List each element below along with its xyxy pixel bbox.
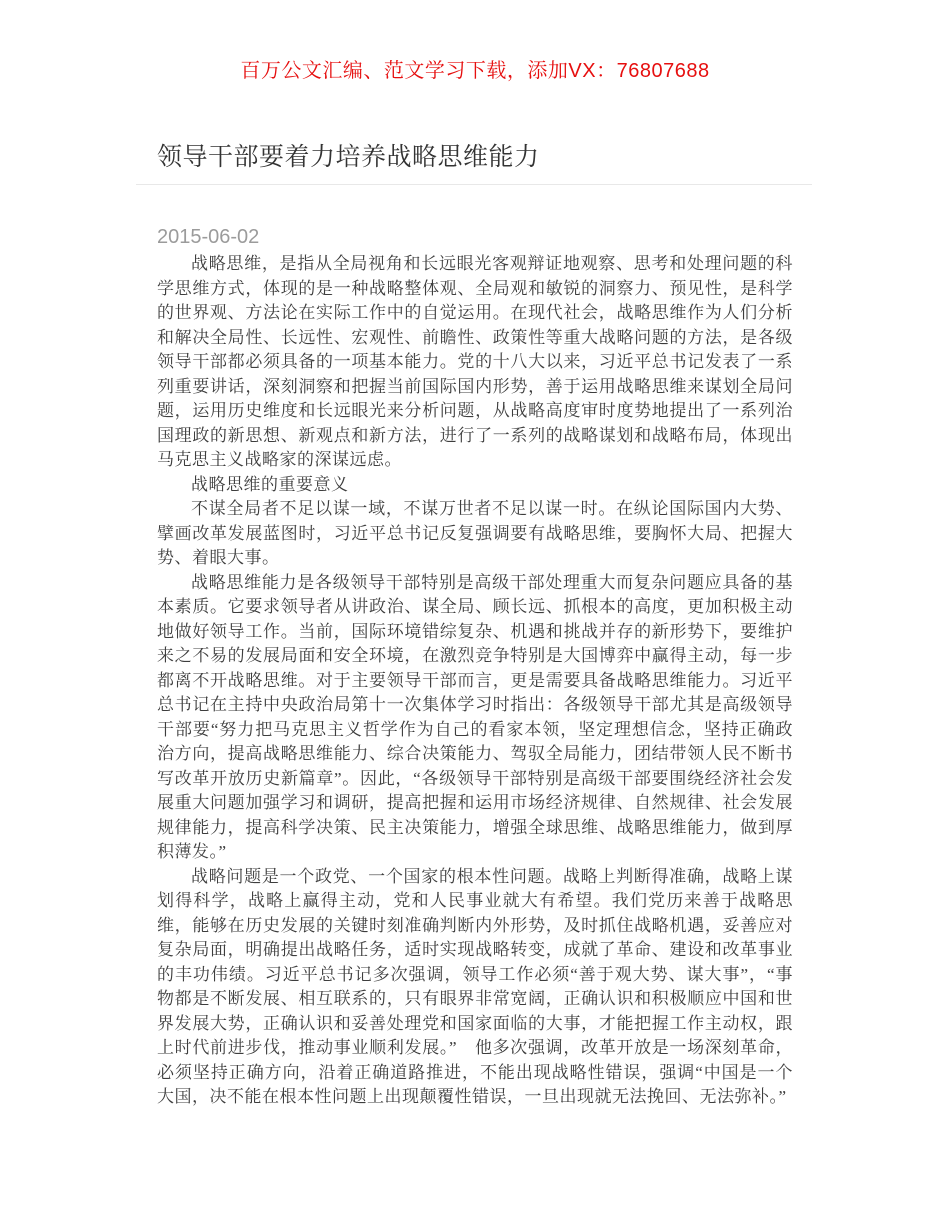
article-date: 2015-06-02 — [157, 226, 259, 249]
article-title: 领导干部要着力培养战略思维能力 — [157, 137, 817, 173]
paragraph-strategy-issues: 战略问题是一个政党、一个国家的根本性问题。战略上判断得准确，战略上谋划得科学，战… — [157, 865, 793, 1110]
document-page: 百万公文汇编、范文学习下载，添加VX：76807688 领导干部要着力培养战略思… — [0, 0, 950, 1230]
title-divider — [136, 184, 812, 185]
paragraph-intro: 战略思维，是指从全局视角和长远眼光客观辩证地观察、思考和处理问题的科学思维方式，… — [157, 252, 793, 473]
article-body: 战略思维，是指从全局视角和长远眼光客观辩证地观察、思考和处理问题的科学思维方式，… — [157, 252, 793, 1110]
section-heading-importance: 战略思维的重要意义 — [157, 473, 793, 498]
promo-banner-text: 百万公文汇编、范文学习下载，添加VX：76807688 — [0, 54, 950, 83]
paragraph-quote-overview: 不谋全局者不足以谋一域，不谋万世者不足以谋一时。在纵论国际国内大势、擘画改革发展… — [157, 497, 793, 571]
paragraph-capability: 战略思维能力是各级领导干部特别是高级干部处理重大而复杂问题应具备的基本素质。它要… — [157, 571, 793, 865]
